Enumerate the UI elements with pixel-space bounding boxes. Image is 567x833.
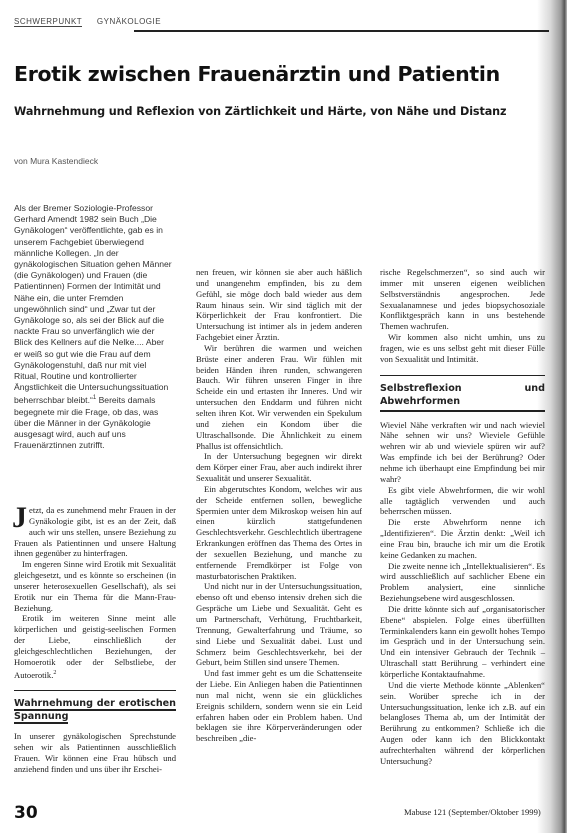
footnote-marker: 2 [53,670,56,676]
publication-source: Mabuse 121 (September/Oktober 1999) [404,807,541,817]
paragraph: Wir berühren die warmen und weichen Brüs… [196,343,362,451]
intro-paragraph: Als der Bremer Soziologie-Professor Gerh… [14,203,172,405]
column-2: nen freuen, wir können sie aber auch häß… [196,267,362,744]
section-heading-perception: Wahrnehmung der erotischen Spannung [14,690,176,723]
section-header: Schwerpunkt Gynäkologie [14,16,549,30]
kicker: Schwerpunkt Gynäkologie [14,17,161,26]
page-number: 30 [14,803,38,823]
paragraph: Und fast immer geht es um die Schattense… [196,668,362,744]
column-1: Jetzt, da es zunehmend mehr Frauen in de… [14,505,176,775]
paragraph: Wieviel Nähe verkraften wir und nach wie… [380,420,545,485]
paragraph: Die erste Abwehrform nenne ich „Identifi… [380,517,545,560]
kicker-section: Schwerpunkt [14,17,82,27]
header-rule-line [134,30,549,32]
paragraph: rische Regelschmerzen“, so sind auch wir… [380,267,545,332]
paragraph: Und nicht nur in der Untersuchungssituat… [196,581,362,668]
intro-text: Als der Bremer Soziologie-Professor Gerh… [14,203,172,451]
author-byline: von Mura Kastendieck [14,156,98,166]
footnote-marker: 1 [93,395,96,401]
paragraph: Die zweite nenne ich „Intellektualisiere… [380,561,545,604]
paragraph: In der Untersuchung begegnen wir direkt … [196,451,362,484]
paragraph: Erotik im weiteren Sinne meint alle körp… [14,613,176,680]
paragraph: Ein abgerutschtes Kondom, welches wir au… [196,484,362,582]
article-title: Erotik zwischen Frauenärztin und Patient… [14,62,534,86]
column-3: rische Regelschmerzen“, so sind auch wir… [380,267,545,767]
paragraph: Jetzt, da es zunehmend mehr Frauen in de… [14,505,176,559]
section-heading-self-reflection: Selbstreflexion und Abwehrformen [380,375,545,412]
paragraph: Im engeren Sinne wird Erotik mit Sexuali… [14,559,176,613]
article-subtitle: Wahrnehmung und Reflexion von Zärtlichke… [14,105,554,118]
paragraph: Es gibt viele Abwehrformen, die wir wohl… [380,485,545,518]
paragraph: Die dritte könnte sich auf „organisatori… [380,604,545,680]
kicker-topic: Gynäkologie [97,17,161,26]
paragraph: In unserer gynäkologischen Sprechstunde … [14,731,176,774]
paragraph: nen freuen, wir können sie aber auch häß… [196,267,362,343]
paragraph: Und die vierte Methode könnte „Ablenken“… [380,680,545,767]
paragraph: Wir kommen also nicht umhin, uns zu frag… [380,332,545,365]
drop-cap: J [12,507,27,529]
